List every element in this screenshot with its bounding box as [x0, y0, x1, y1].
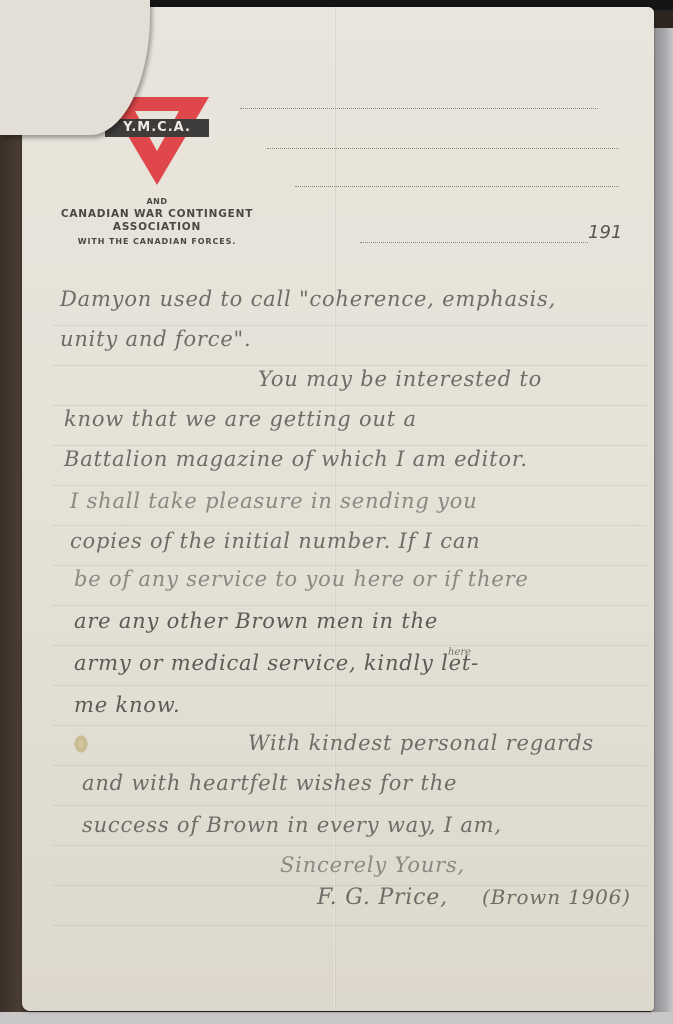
letter-sheet: Y.M.C.A. AND CANADIAN WAR CONTINGENT ASS… — [22, 7, 654, 1011]
ruled-line — [52, 565, 647, 566]
body-line: know that we are getting out a — [64, 407, 417, 431]
letterhead-with: WITH THE CANADIAN FORCES. — [42, 237, 272, 246]
body-line: I shall take pleasure in sending you — [70, 489, 478, 513]
ruled-line — [52, 525, 647, 526]
paper-stain — [74, 735, 88, 753]
scan-right-edge — [651, 28, 673, 1024]
ruled-line — [52, 445, 647, 446]
insertion-here: here — [448, 647, 471, 658]
body-line: unity and force". — [60, 327, 252, 351]
address-line-2 — [267, 148, 619, 149]
ruled-line — [52, 925, 647, 926]
ruled-line — [52, 725, 647, 726]
ruled-line — [52, 845, 647, 846]
ruled-line — [52, 405, 647, 406]
ruled-line — [52, 605, 647, 606]
ruled-line — [52, 365, 647, 366]
ruled-line — [52, 325, 647, 326]
scan-bottom-edge — [0, 1012, 673, 1024]
body-line: copies of the initial number. If I can — [70, 529, 480, 553]
ruled-line — [52, 765, 647, 766]
body-line: are any other Brown men in the — [74, 609, 438, 633]
letterhead-association: ASSOCIATION — [42, 221, 272, 233]
body-line: success of Brown in every way, I am, — [82, 813, 502, 837]
address-line-3 — [295, 186, 619, 187]
body-line: be of any service to you here or if ther… — [74, 567, 529, 591]
ruled-line — [52, 645, 647, 646]
ruled-line — [52, 485, 647, 486]
signature-note: (Brown 1906) — [482, 885, 631, 909]
ruled-line — [52, 685, 647, 686]
body-line: me know. — [74, 693, 180, 717]
closing-salutation: Sincerely Yours, — [280, 853, 465, 877]
ruled-line — [52, 805, 647, 806]
signature: F. G. Price, — [317, 885, 448, 910]
date-year-prefix: 191 — [588, 222, 622, 243]
body-line: Battalion magazine of which I am editor. — [64, 447, 528, 471]
body-line: With kindest personal regards — [248, 731, 594, 755]
date-line — [360, 242, 588, 243]
ymca-bar: Y.M.C.A. — [105, 119, 209, 137]
body-line: army or medical service, kindly let- — [74, 651, 479, 675]
letterhead-and: AND — [42, 197, 272, 206]
address-line-1 — [240, 108, 598, 109]
letterhead-org: CANADIAN WAR CONTINGENT — [42, 208, 272, 220]
body-line: Damyon used to call "coherence, emphasis… — [60, 287, 556, 311]
body-line: and with heartfelt wishes for the — [82, 771, 457, 795]
body-line: You may be interested to — [258, 367, 542, 391]
